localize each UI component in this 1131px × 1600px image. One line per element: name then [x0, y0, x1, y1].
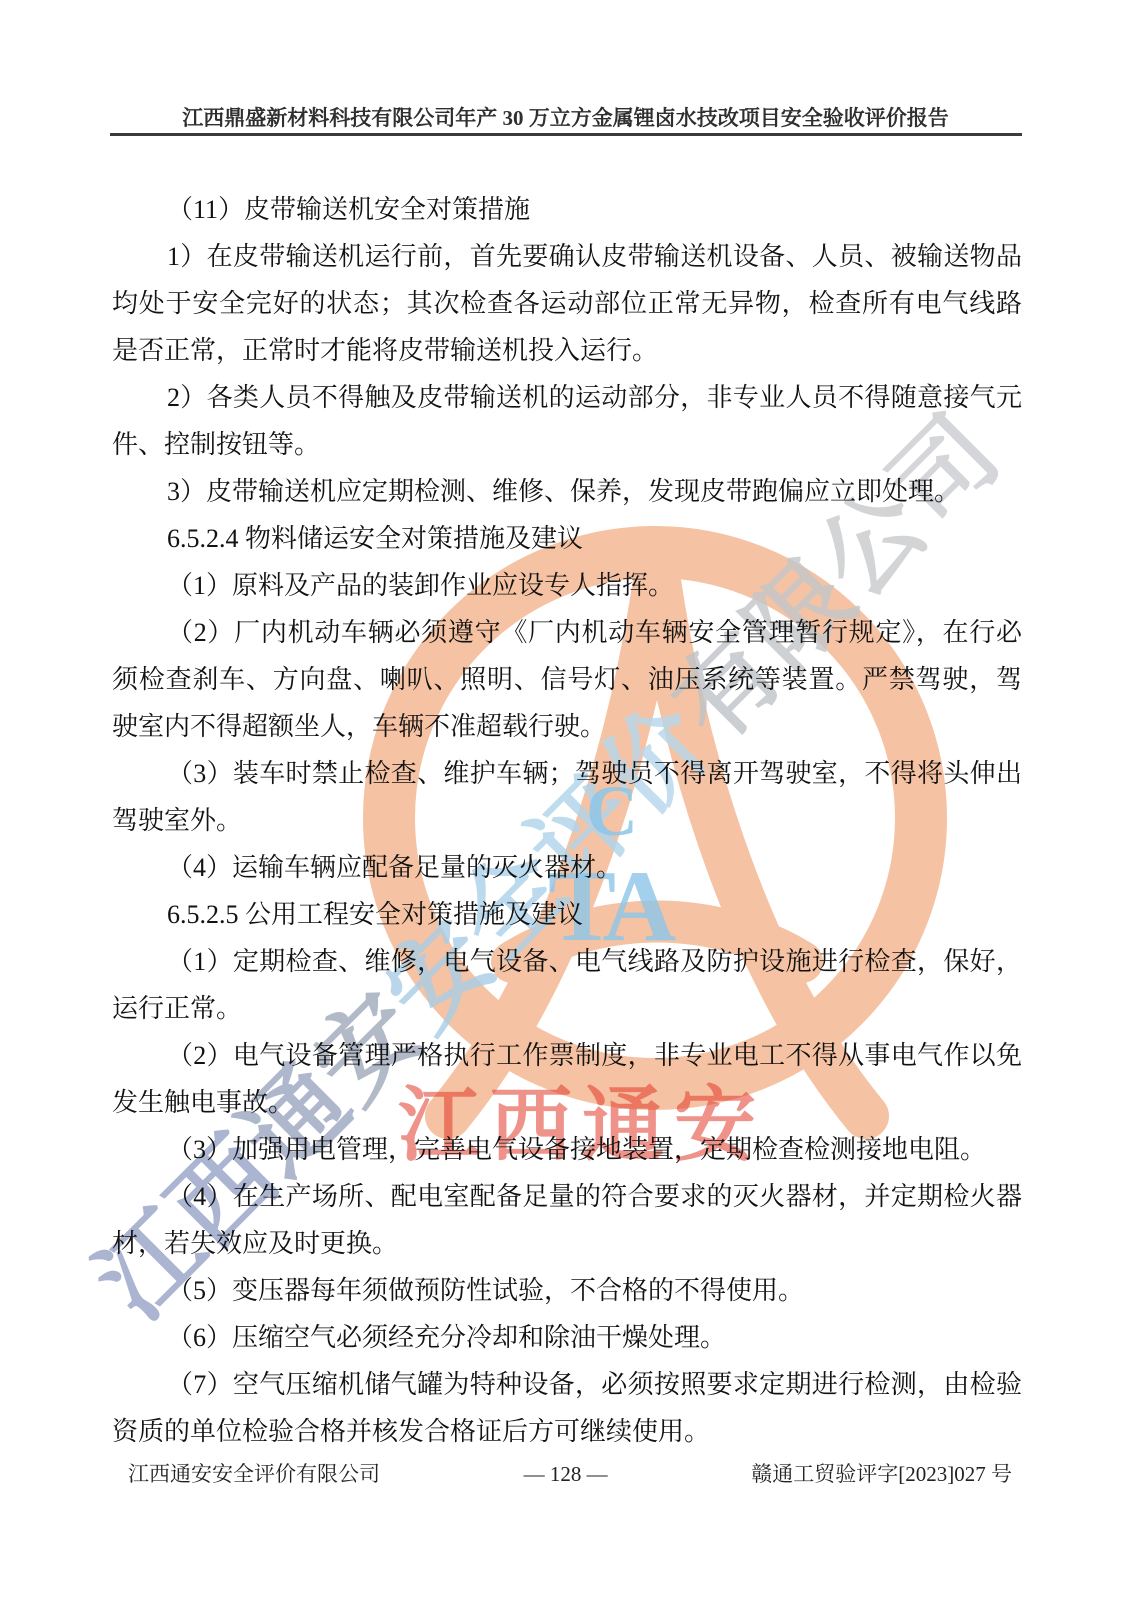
text-line: （1）原料及产品的装卸作业应设专人指挥。 — [112, 562, 1022, 609]
text-line: （1）定期检查、维修，电气设备、电气线路及防护设施进行检查，保好， — [112, 938, 1022, 985]
text-line: 6.5.2.5 公用工程安全对策措施及建议 — [112, 891, 1022, 938]
text-line: （4）在生产场所、配电室配备足量的符合要求的灭火器材，并定期检火器 — [112, 1173, 1022, 1220]
text-line: 是否正常，正常时才能将皮带输送机投入运行。 — [112, 327, 1022, 374]
text-line: 1）在皮带输送机运行前，首先要确认皮带输送机设备、人员、被输送物品 — [112, 233, 1022, 280]
page-footer: 江西通安安全评价有限公司 — 128 — 赣通工贸验评字[2023]027 号 — [128, 1458, 1012, 1488]
header-rule — [110, 133, 1022, 136]
text-line: （7）空气压缩机储气罐为特种设备，必须按照要求定期进行检测，由检验 — [112, 1361, 1022, 1408]
text-line: 2）各类人员不得触及皮带输送机的运动部分，非专业人员不得随意接气元 — [112, 374, 1022, 421]
footer-page-number: — 128 — — [524, 1462, 608, 1487]
text-line: 3）皮带输送机应定期检测、维修、保养，发现皮带跑偏应立即处理。 — [112, 468, 1022, 515]
text-line: 发生触电事故。 — [112, 1079, 1022, 1126]
document-content: 江西鼎盛新材料科技有限公司年产 30 万立方金属锂卤水技改项目安全验收评价报告 … — [0, 0, 1131, 1600]
text-line: 驶室内不得超额坐人，车辆不准超载行驶。 — [112, 703, 1022, 750]
report-page: 江西通安安全评价有限公司 C TA 江西通安 江西鼎盛新材料科技有限公司年产 3… — [0, 0, 1131, 1600]
text-line: （5）变压器每年须做预防性试验，不合格的不得使用。 — [112, 1267, 1022, 1314]
text-line: 材，若失效应及时更换。 — [112, 1220, 1022, 1267]
text-line: （3）装车时禁止检查、维护车辆；驾驶员不得离开驾驶室，不得将头伸出 — [112, 750, 1022, 797]
text-line: 均处于安全完好的状态；其次检查各运动部位正常无异物，检查所有电气线路 — [112, 280, 1022, 327]
page-header-title: 江西鼎盛新材料科技有限公司年产 30 万立方金属锂卤水技改项目安全验收评价报告 — [0, 102, 1131, 132]
body-text: （11）皮带输送机安全对策措施1）在皮带输送机运行前，首先要确认皮带输送机设备、… — [112, 186, 1022, 1455]
text-line: 6.5.2.4 物料储运安全对策措施及建议 — [112, 515, 1022, 562]
text-line: （2）电气设备管理严格执行工作票制度，非专业电工不得从事电气作以免 — [112, 1032, 1022, 1079]
text-line: 运行正常。 — [112, 985, 1022, 1032]
text-line: 件、控制按钮等。 — [112, 421, 1022, 468]
text-line: （3）加强用电管理，完善电气设备接地装置，定期检查检测接地电阻。 — [112, 1126, 1022, 1173]
text-line: 资质的单位检验合格并核发合格证后方可继续使用。 — [112, 1408, 1022, 1455]
text-line: 驾驶室外。 — [112, 797, 1022, 844]
footer-company: 江西通安安全评价有限公司 — [128, 1458, 380, 1488]
text-line: （6）压缩空气必须经充分冷却和除油干燥处理。 — [112, 1314, 1022, 1361]
text-line: 须检查刹车、方向盘、喇叭、照明、信号灯、油压系统等装置。严禁驾驶，驾 — [112, 656, 1022, 703]
text-line: （11）皮带输送机安全对策措施 — [112, 186, 1022, 233]
text-line: （2）厂内机动车辆必须遵守《厂内机动车辆安全管理暂行规定》，在行必 — [112, 609, 1022, 656]
text-line: （4）运输车辆应配备足量的灭火器材。 — [112, 844, 1022, 891]
footer-doc-number: 赣通工贸验评字[2023]027 号 — [751, 1458, 1012, 1488]
